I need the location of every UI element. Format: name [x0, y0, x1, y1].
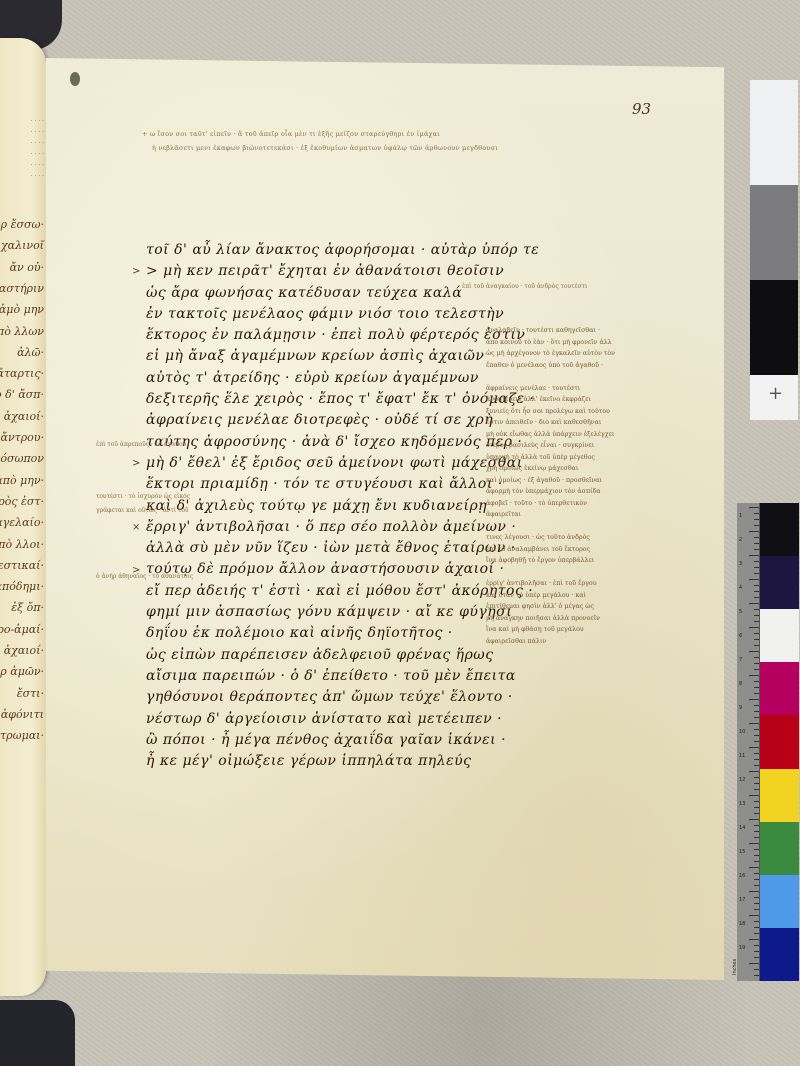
ruler-tick	[754, 621, 759, 622]
text-line: ὡς εἰπὼν παρέπεισεν ἀδελφειοῦ φρένας ἥρω…	[146, 645, 506, 666]
text-line: ἕκτορος ἐν παλάμῃσιν · ἐπεὶ πολὺ φέρτερό…	[146, 325, 506, 346]
facing-page-note: · · · ·	[31, 129, 44, 136]
ruler-number: 18	[739, 921, 745, 927]
gray-patch-white	[750, 80, 798, 185]
scholion-line: καὶ ὁμοίως · ἐξ ἀγαθοῦ · προσθεῖναι	[486, 475, 646, 487]
ruler-tick	[754, 777, 759, 778]
scholion-line: ἕτερος βασιλεὺς εἶναι · συγκρίνει	[486, 440, 646, 452]
facing-page-note: · · · ·	[31, 151, 44, 158]
ruler-number: 10	[739, 729, 745, 735]
text-line: καὶ δ' ἀχιλεὺς τούτῳ γε μάχῃ ἔνι κυδιανε…	[146, 496, 506, 517]
grayscale-calibration-target: +	[750, 80, 798, 420]
ruler-tick	[754, 897, 759, 898]
ruler-tick	[749, 843, 759, 844]
ruler-tick	[754, 909, 759, 910]
binding-hole	[70, 72, 80, 86]
ruler-tick	[754, 861, 759, 862]
color-patch-dark-violet	[760, 556, 799, 609]
ruler-tick	[754, 513, 759, 514]
ruler-tick	[754, 801, 759, 802]
facing-page-line: ἀχαιοί·	[4, 410, 44, 423]
ruler-number: 13	[739, 801, 745, 807]
ruler-tick	[754, 951, 759, 952]
scholion-line: ἵνα καὶ μὴ φθάσῃ τοῦ μεγάλου	[486, 624, 646, 636]
scholion-line: ὑπαρχὴ τὸ ἀλλὰ τοῦ ὑπὲρ μέγεθος	[486, 452, 646, 464]
line-marker: >	[132, 266, 140, 277]
color-patch-green	[760, 822, 799, 875]
text-line: ταύτης ἀφροσύνης · ἀνὰ δ' ἴσχεο κηδόμενό…	[146, 432, 506, 453]
ruler-tick	[754, 597, 759, 598]
ruler-tick	[754, 711, 759, 712]
ruler-number: 3	[739, 561, 742, 567]
ruler-number: 1	[739, 513, 742, 519]
scholion-line: χρὴ ὁμοίως ἐκείνῳ μάχεσθαι	[486, 463, 646, 475]
text-line: ἐν τακτοῖς μενέλαος φάμιν νιόσ τοιο τελε…	[146, 304, 506, 325]
ruler-tick	[749, 771, 759, 772]
ruler-tick	[754, 663, 759, 664]
text-line: αὐτὸς τ' ἀτρείδης · εὐρὺ κρείων ἀγαμέμνω…	[146, 368, 506, 389]
ruler-tick	[754, 645, 759, 646]
left-gloss: ἐπὶ τοῦ ἀπρεποῦς · τὸ ἀγαθοῦ	[96, 440, 186, 449]
scholion-line: ἐπὶ τὸ ἀναλαμβάνει τοῦ ἕκτορος	[486, 544, 646, 556]
main-text-column: τοῖ δ' αὖ λίαν ἄνακτος ἀφορήσομαι · αὐτὰ…	[146, 240, 506, 772]
text-line: μὴ δ' ἔθελ' ἐξ ἔριδος σεῦ ἀμείνονι φωτὶ …	[146, 453, 506, 474]
ruler-tick	[754, 879, 759, 880]
scholion-line	[486, 521, 646, 533]
ruler-tick	[754, 537, 759, 538]
text-line: ὢ πόποι · ἦ μέγα πένθος ἀχαιΐδα γαῖαν ἱκ…	[146, 730, 506, 751]
text-line: εἴ περ ἀδειής τ' ἐστὶ · καὶ εἰ μόθου ἔστ…	[146, 581, 506, 602]
folio-number: 93	[632, 100, 651, 118]
ruler-tick	[749, 699, 759, 700]
color-patch-black	[760, 503, 799, 556]
facing-page-line: ὑπὲρ ἔσσω·	[0, 218, 44, 231]
ruler-number: 5	[739, 609, 742, 615]
ruler-number: 19	[739, 945, 745, 951]
facing-page-line: ἔστρωμαι·	[0, 729, 44, 742]
ruler-tick	[754, 921, 759, 922]
ruler-tick	[754, 969, 759, 970]
ruler-tick	[754, 903, 759, 904]
scholion-line: ἔπαθεν ὁ μενέλαος ὑπὸ τοῦ ἀγαθοῦ ·	[486, 360, 646, 372]
scholion-line: ὡς μὴ ἀρχέγονον τὸ ἐγκαλεῖν αὐτὸν τὸν	[486, 348, 646, 360]
facing-page-line: πρόσωπον	[0, 452, 44, 465]
facing-page-line: ἐρο-ἁμαί·	[0, 623, 44, 636]
ruler-tick	[754, 543, 759, 544]
ruler-tick	[754, 681, 759, 682]
ruler-tick	[749, 555, 759, 556]
top-margin-note: ἡ νεβλᾶσετι μενι ἐκαφων βιώνοτετεκάσι · …	[152, 144, 498, 152]
ruler-number: 7	[739, 657, 742, 663]
scholion-line: ἐρρίγ' ἀντιβολῆσαι · ἐπὶ τοῦ ἔργου	[486, 578, 646, 590]
scholion-line: ἐπιτίθεμαι φησὶν ἀλλ' ὁ μέγας ὡς	[486, 601, 646, 613]
scholion-line	[486, 567, 646, 579]
ruler-tick	[754, 813, 759, 814]
ruler-tick	[754, 783, 759, 784]
ruler-tick	[754, 609, 759, 610]
scholion-line: ἀφοβεῖ · τοῦτο · τὸ ὑπερθετικὸν	[486, 498, 646, 510]
color-calibration-target: Inches 12345678910111213141516171819	[737, 503, 799, 981]
crosshair-icon: +	[768, 383, 783, 404]
ruler-tick	[754, 765, 759, 766]
ruler-tick	[754, 561, 759, 562]
scholion-line: ἔστιν ἀπειθεῖν · διὸ καὶ καθεσθῆναι	[486, 417, 646, 429]
text-line: δεξιτερῆς ἕλε χειρὸς · ἔπος τ' ἔφατ' ἔκ …	[146, 389, 506, 410]
ruler-tick	[754, 945, 759, 946]
ruler-number: 17	[739, 897, 745, 903]
color-patch-white	[760, 609, 799, 662]
scholion-line: ἀφορμὴ τὸν ὑπερμάχιον τὸν ἀσπίδα	[486, 486, 646, 498]
ruler-number: 9	[739, 705, 742, 711]
facing-page-line: ἄταρτις·	[0, 367, 44, 380]
color-patch-red	[760, 715, 799, 768]
ruler-tick	[749, 603, 759, 604]
ruler-number: 8	[739, 681, 742, 687]
facing-page-line: ἔθ' χαλινοῖ	[0, 239, 44, 252]
ruler-tick	[754, 975, 759, 976]
ruler-tick	[754, 837, 759, 838]
facing-page-line: ἀγελαίο·	[0, 516, 44, 529]
ruler-number: 14	[739, 825, 745, 831]
scholion-line: μὴ ἀνάγκην ποιῆσαι ἀλλὰ προνοεῖν	[486, 613, 646, 625]
color-patch-light-blue	[760, 875, 799, 928]
scholion-line: ἀπὸ κοινοῦ τὸ ἐὰν · ὅτι μὴ φρονεῖν ἀλλ	[486, 337, 646, 349]
ruler-tick	[754, 807, 759, 808]
ruler-tick	[749, 627, 759, 628]
left-gloss: γράφεται καὶ οὕτως · ἀντὶ τοῦ	[96, 506, 189, 515]
ruler-tick	[754, 639, 759, 640]
dark-background-corner	[0, 1000, 75, 1066]
text-line: ἦ κε μέγ' οἰμώξειε γέρων ἱππηλάτα πηλεύς	[146, 751, 506, 772]
ruler-tick	[754, 567, 759, 568]
ruler-tick	[749, 507, 759, 508]
line-marker: >	[132, 458, 140, 469]
ruler-tick	[754, 933, 759, 934]
marginal-scholia: ἀναλαβεῖν · τουτέστι καθηγεῖσθαι ·ἀπὸ κο…	[486, 325, 646, 647]
ruler-number: 11	[739, 753, 745, 759]
scholion-line	[486, 371, 646, 383]
scholion-line: ἀφαιρεῖται	[486, 509, 646, 521]
ruler-tick	[754, 573, 759, 574]
ruler-tick	[754, 927, 759, 928]
ruler-tick	[749, 579, 759, 580]
color-patch-yellow	[760, 769, 799, 822]
ruler-tick	[749, 675, 759, 676]
facing-page-line: ἀτὸ δ' ἄσπ·	[0, 388, 44, 401]
ruler-number: 16	[739, 873, 745, 879]
color-patch-magenta	[760, 662, 799, 715]
ruler-tick	[749, 867, 759, 868]
ruler-tick	[754, 741, 759, 742]
text-line: ἕκτορι πριαμίδῃ · τόν τε στυγέουσι καὶ ἄ…	[146, 474, 506, 495]
scholion-line: ἀφραίνεις μενέλαε · τουτέστι	[486, 383, 646, 395]
ruler-tick	[754, 591, 759, 592]
facing-page-line: ἀρ ἀμῶν·	[0, 665, 44, 678]
ruler-tick	[754, 549, 759, 550]
facing-page-line: ἀφόνιτι	[1, 708, 44, 721]
facing-page-note: · · · ·	[31, 173, 44, 180]
ruler-tick	[754, 957, 759, 958]
scholion-line: ἵνα ἀφοβηθῇ τὸ ἔργον ὑπερβάλλει	[486, 555, 646, 567]
scholion-line: ἀφαιρεῖσθαι πάλιν	[486, 636, 646, 648]
ruler-tick	[754, 729, 759, 730]
ruler-tick	[754, 669, 759, 670]
facing-page-line: ἀπὸ μην·	[0, 474, 44, 487]
left-gloss: τουτέστι · τὸ ἰσχυρὸν ὡς εἰκός	[96, 492, 190, 501]
top-margin-note: + ω ἴσον σοι ταῦτ' εἰπεῖν · ἃ τοῦ ἀπεῖρ …	[142, 130, 440, 138]
ruler-tick	[754, 831, 759, 832]
facing-page-line: ἔστι·	[17, 687, 44, 700]
text-line: γηθόσυνοι θεράποντες ἀπ' ὤμων τεύχε' ἕλο…	[146, 687, 506, 708]
ruler-tick	[754, 873, 759, 874]
facing-page-note: · · · ·	[31, 118, 44, 125]
facing-page-edge: · · · ·· · · ·· · · ·· · · ·· · · ·· · ·…	[0, 38, 46, 996]
scholion-line: τινες λέγουσι · ὡς τοῦτο ἀνδρὸς	[486, 532, 646, 544]
facing-page-note: · · · ·	[31, 140, 44, 147]
facing-page-line: ἀφρὸς ἐστ·	[0, 495, 44, 508]
text-line: νέστωρ δ' ἀργείοισιν ἀνίστατο καὶ μετέει…	[146, 709, 506, 730]
ruler-tick	[754, 705, 759, 706]
ruler-tick	[749, 795, 759, 796]
left-gloss: ὁ ἀνὴρ ἀθηναῖος · τὸ ἀθανάτοις	[96, 572, 193, 581]
ruler: Inches 12345678910111213141516171819	[737, 503, 760, 981]
scholion-line: καὶ ὅταν τὸ ὑπὲρ μεγάλου · καὶ	[486, 590, 646, 602]
right-gloss: ἐπὶ τοῦ ἀναγκαίου · τοῦ ἀνδρὸς τουτέστι	[462, 282, 587, 291]
ruler-tick	[749, 651, 759, 652]
facing-page-line: ἀπὸ λλοι·	[0, 538, 44, 551]
gray-patch-gray	[750, 185, 798, 280]
facing-page-line: ἀπόδημι·	[0, 580, 44, 593]
ruler-tick	[754, 717, 759, 718]
ruler-number: 6	[739, 633, 742, 639]
text-line: > μὴ κεν πειρᾶτ' ἔχηται ἐν ἀθανάτοισι θε…	[146, 261, 506, 282]
ruler-tick	[749, 939, 759, 940]
ruler-tick	[754, 753, 759, 754]
facing-page-line: φραστήριν	[0, 282, 44, 295]
ruler-tick	[754, 759, 759, 760]
ruler-tick	[754, 825, 759, 826]
ruler-tick	[754, 885, 759, 886]
line-marker: ×	[132, 522, 140, 533]
facing-page-line: ἀμὸ μην	[0, 303, 44, 316]
scholion-line: ἀνοητεύεις ἀλλ' ἐκεῖνο ἐκφράζει	[486, 394, 646, 406]
ruler-tick	[754, 849, 759, 850]
text-line: ἀλλὰ σὺ μὲν νῦν ἵζευ · ἰὼν μετὰ ἔθνος ἑτ…	[146, 538, 506, 559]
text-line: τοῖ δ' αὖ λίαν ἄνακτος ἀφορήσομαι · αὐτὰ…	[146, 240, 506, 261]
gray-patch-white-cross: +	[750, 375, 798, 420]
text-line: ἀφραίνεις μενέλαε διοτρεφὲς · οὐδέ τί σε…	[146, 410, 506, 431]
text-line: δηΐου ἐκ πολέμοιο καὶ αἰνῆς δηϊοτῆτος ·	[146, 623, 506, 644]
ruler-tick	[754, 735, 759, 736]
ruler-tick	[749, 747, 759, 748]
ruler-tick	[754, 789, 759, 790]
text-line: αἴσιμα παρειπών · ὁ δ' ἐπείθετο · τοῦ μὲ…	[146, 666, 506, 687]
ruler-tick	[754, 519, 759, 520]
scholion-line: ξυνιείς ὅτι ἦσ σοι προλέγω καὶ τούτου	[486, 406, 646, 418]
text-line: φημί μιν ἀσπασίως γόνυ κάμψειν · αἴ κε φ…	[146, 602, 506, 623]
text-line: εἰ μὴ ἄναξ ἀγαμέμνων κρείων ἀσπὶς ἀχαιῶν	[146, 346, 506, 367]
facing-page-note: · · · ·	[31, 162, 44, 169]
text-line: τούτῳ δὲ πρόμον ἄλλον ἀναστήσουσιν ἀχαιο…	[146, 559, 506, 580]
facing-page-line: ἀπὸ λλων	[0, 325, 44, 338]
ruler-tick	[754, 693, 759, 694]
ruler-tick	[754, 525, 759, 526]
text-line: ἔρριγ' ἀντιβολῆσαι · ὅ περ σέο πολλὸν ἀμ…	[146, 517, 506, 538]
ruler-tick	[754, 615, 759, 616]
ruler-tick	[749, 915, 759, 916]
ruler-number: 4	[739, 585, 742, 591]
ruler-tick	[754, 687, 759, 688]
ruler-number: 15	[739, 849, 745, 855]
gray-patch-black	[750, 280, 798, 375]
color-patch-dark-blue	[760, 928, 799, 981]
facing-page-line: ἀχαιοί·	[4, 644, 44, 657]
ruler-tick	[754, 657, 759, 658]
ruler-tick	[749, 723, 759, 724]
facing-page-line: ἀλῶ·	[17, 346, 44, 359]
facing-page-line: ἐξ ὄπ·	[11, 601, 44, 614]
text-line: ὡς ἄρα φωνήσας κατέδυσαν τεύχεα καλά	[146, 283, 506, 304]
ruler-unit-label: Inches	[732, 959, 738, 975]
facing-page-line: ὀρεστικαί·	[0, 559, 44, 572]
ruler-number: 2	[739, 537, 742, 543]
ruler-tick	[754, 855, 759, 856]
ruler-tick	[754, 633, 759, 634]
ruler-tick	[749, 963, 759, 964]
ruler-tick	[749, 891, 759, 892]
color-patches	[760, 503, 799, 981]
ruler-tick	[754, 585, 759, 586]
ruler-number: 12	[739, 777, 745, 783]
facing-page-line: ἄντρου·	[1, 431, 44, 444]
ruler-tick	[749, 819, 759, 820]
facing-page-line: ἄν οὐ·	[10, 261, 44, 274]
scholion-line: μὴ οὐκ εἴωθας ἀλλὰ ὑπάρχειν ἐξελέγχει	[486, 429, 646, 441]
ruler-tick	[749, 531, 759, 532]
scholion-line: ἀναλαβεῖν · τουτέστι καθηγεῖσθαι ·	[486, 325, 646, 337]
